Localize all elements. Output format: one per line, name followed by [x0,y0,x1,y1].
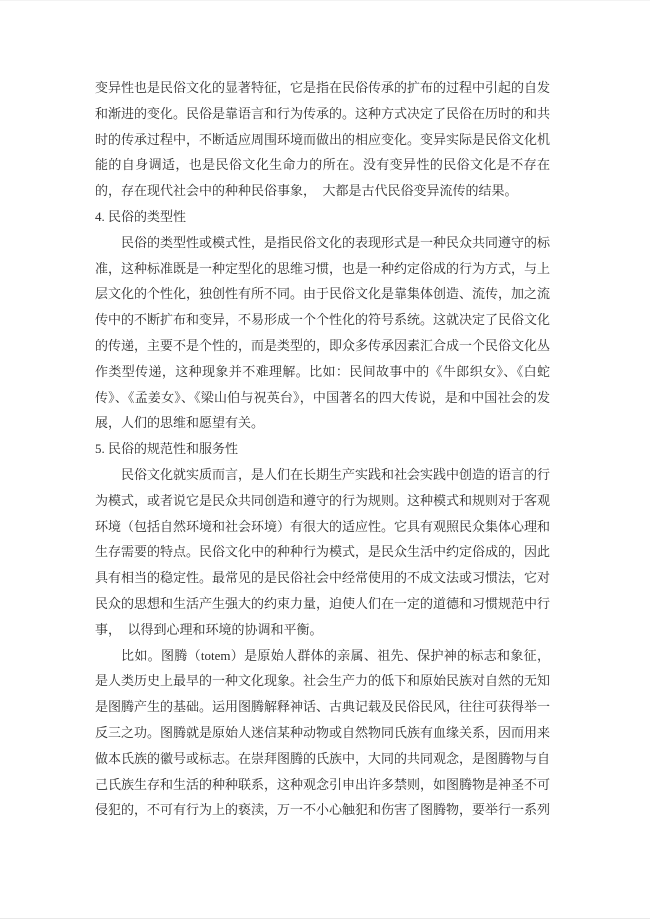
paragraph-totem-example: 比如。图腾（totem）是原始人群体的亲属、祖先、保护神的标志和象征，是人类历史… [95,643,550,824]
text-block: 变异性也是民俗文化的显著特征，它是指在民俗传承的扩布的过程中引起的自发和渐进的变… [95,75,550,823]
document-page: 变异性也是民俗文化的显著特征，它是指在民俗传承的扩布的过程中引起的自发和渐进的变… [0,0,650,919]
paragraph-variability-continuation: 变异性也是民俗文化的显著特征，它是指在民俗传承的扩布的过程中引起的自发和渐进的变… [95,75,550,204]
paragraph-typology: 民俗的类型性或模式性，是指民俗文化的表现形式是一种民众共同遵守的标准，这种标准既… [95,230,550,436]
section-heading-4-typology: 4. 民俗的类型性 [95,204,550,230]
section-heading-5-normativity: 5. 民俗的规范性和服务性 [95,436,550,462]
paragraph-normativity: 民俗文化就实质而言，是人们在长期生产实践和社会实践中创造的语言的行为模式，或者说… [95,462,550,643]
